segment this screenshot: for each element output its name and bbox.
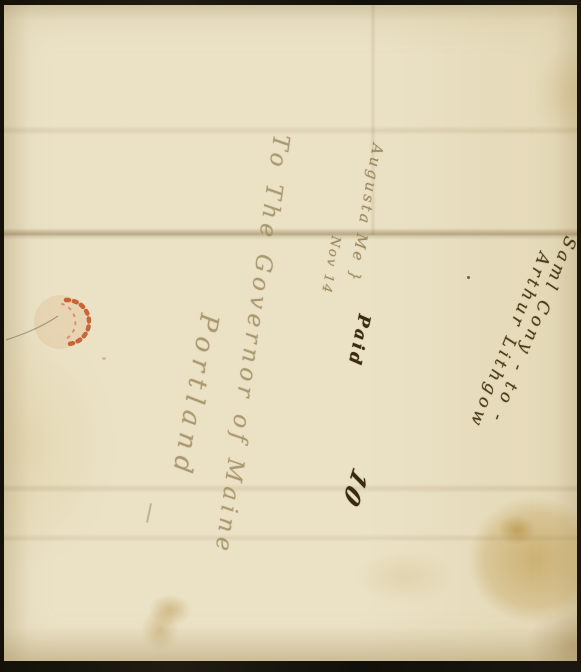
- foxing-speck: [102, 357, 106, 360]
- fold-crease-bottom: [4, 534, 577, 542]
- paid-marking: Paid: [344, 312, 372, 368]
- fold-crease-top: [4, 126, 577, 135]
- pencil-speck: [146, 503, 152, 523]
- address-recipient-line: To The Governor of Maine: [210, 133, 292, 557]
- address-city-line: Portland: [167, 311, 222, 481]
- rate-marking: 10: [339, 464, 370, 512]
- wax-seal-mark: [4, 290, 100, 358]
- postmark-date-line: Nov 14: [319, 235, 342, 296]
- scan-background: Augusta Me } Nov 14 Paid To The Governor…: [0, 0, 581, 672]
- postmark-town-line: Augusta Me }: [346, 142, 385, 284]
- ink-speck: [467, 276, 470, 279]
- fold-crease-lower: [4, 484, 577, 493]
- fold-crease-main: [4, 228, 577, 240]
- letter-paper: Augusta Me } Nov 14 Paid To The Governor…: [4, 5, 577, 661]
